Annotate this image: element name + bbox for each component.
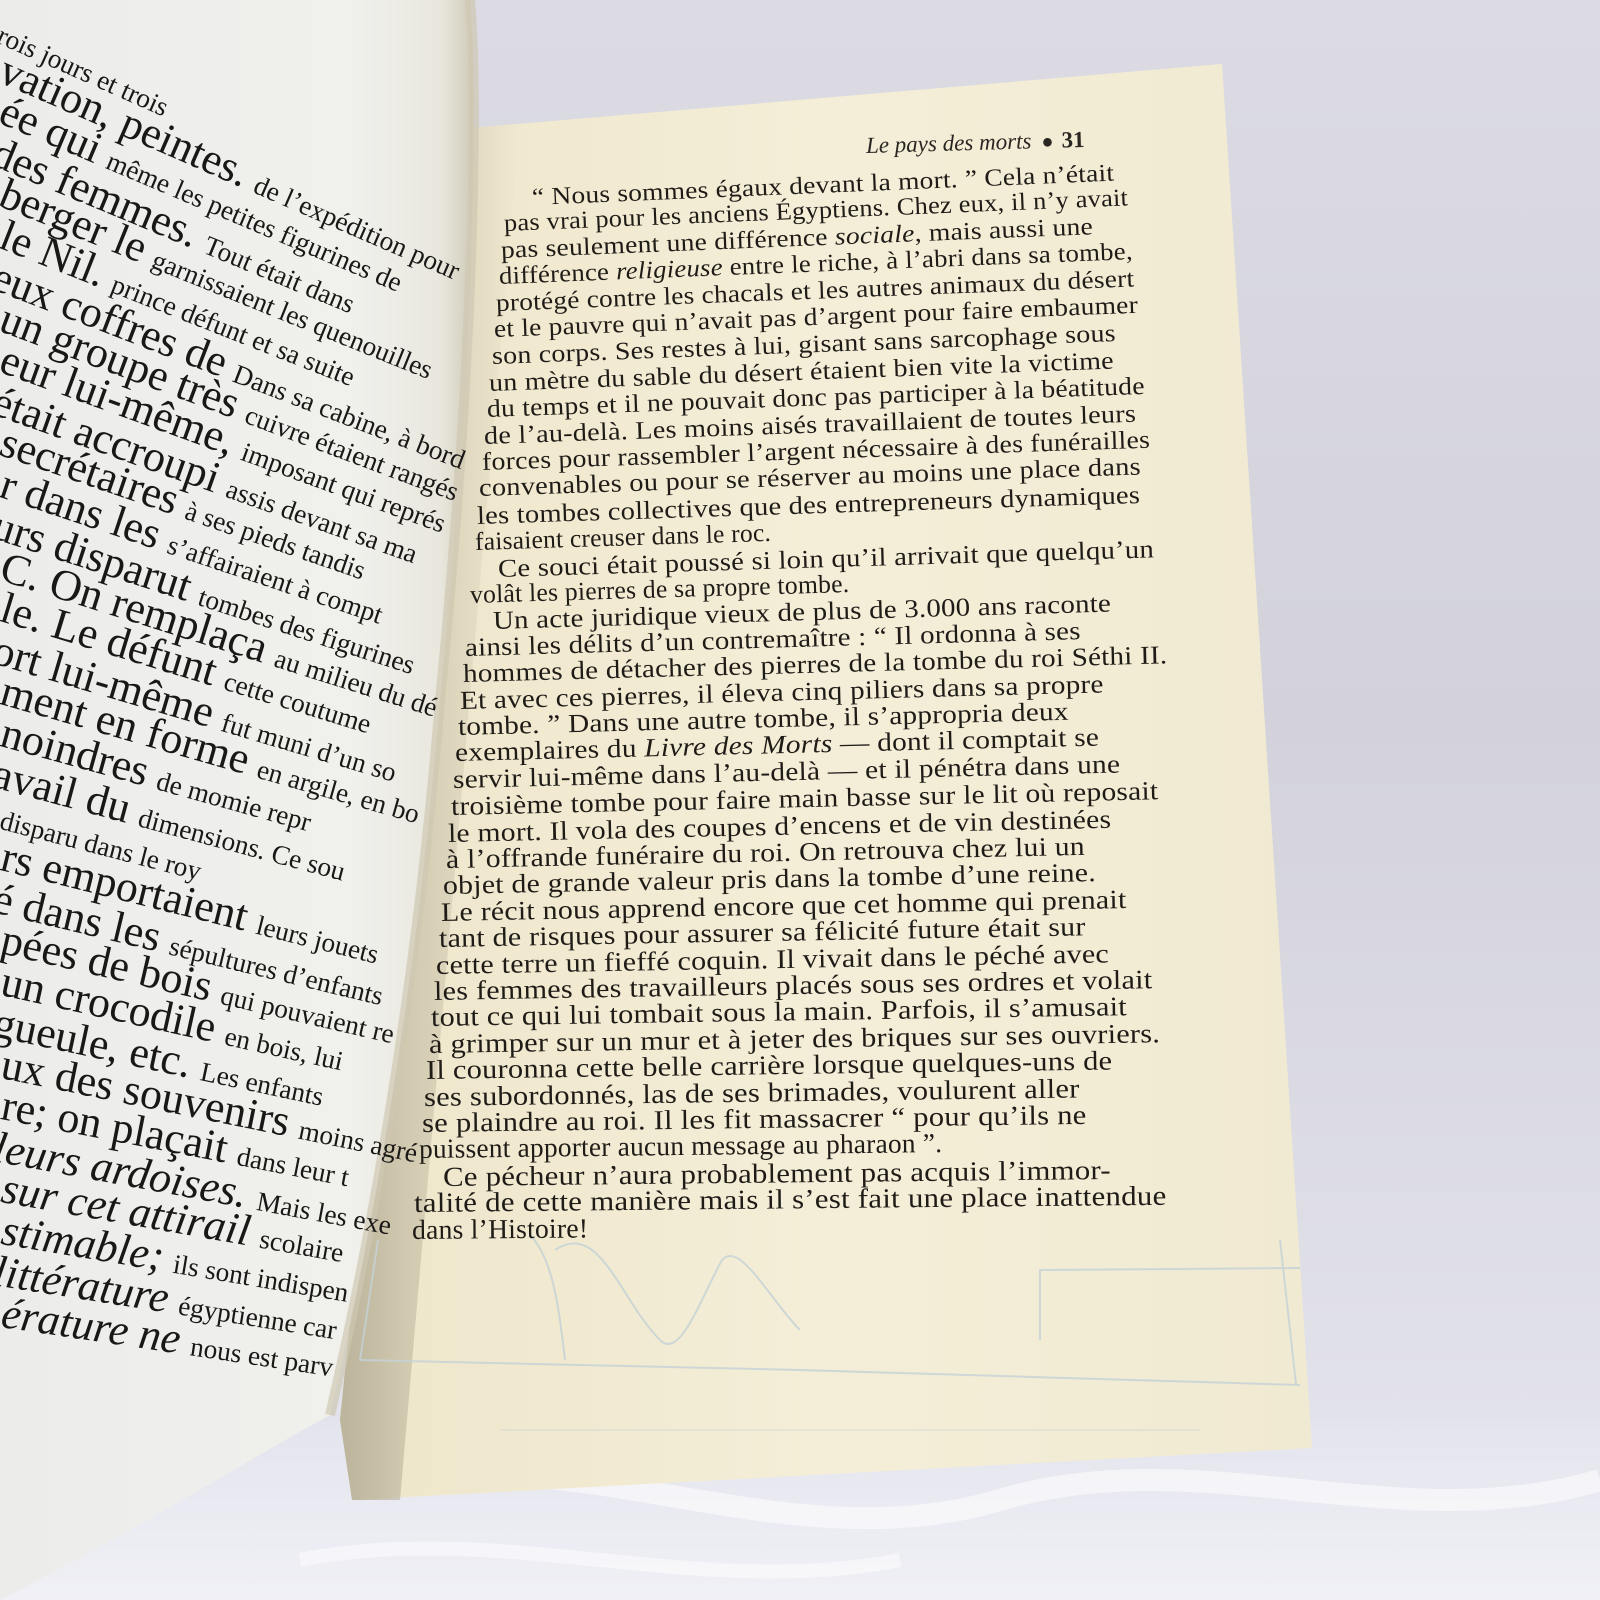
book-photo-scene: Le pays des morts●31 “ Nous sommes égaux… — [0, 0, 1600, 1600]
book-pages-illustration — [0, 0, 1600, 1600]
